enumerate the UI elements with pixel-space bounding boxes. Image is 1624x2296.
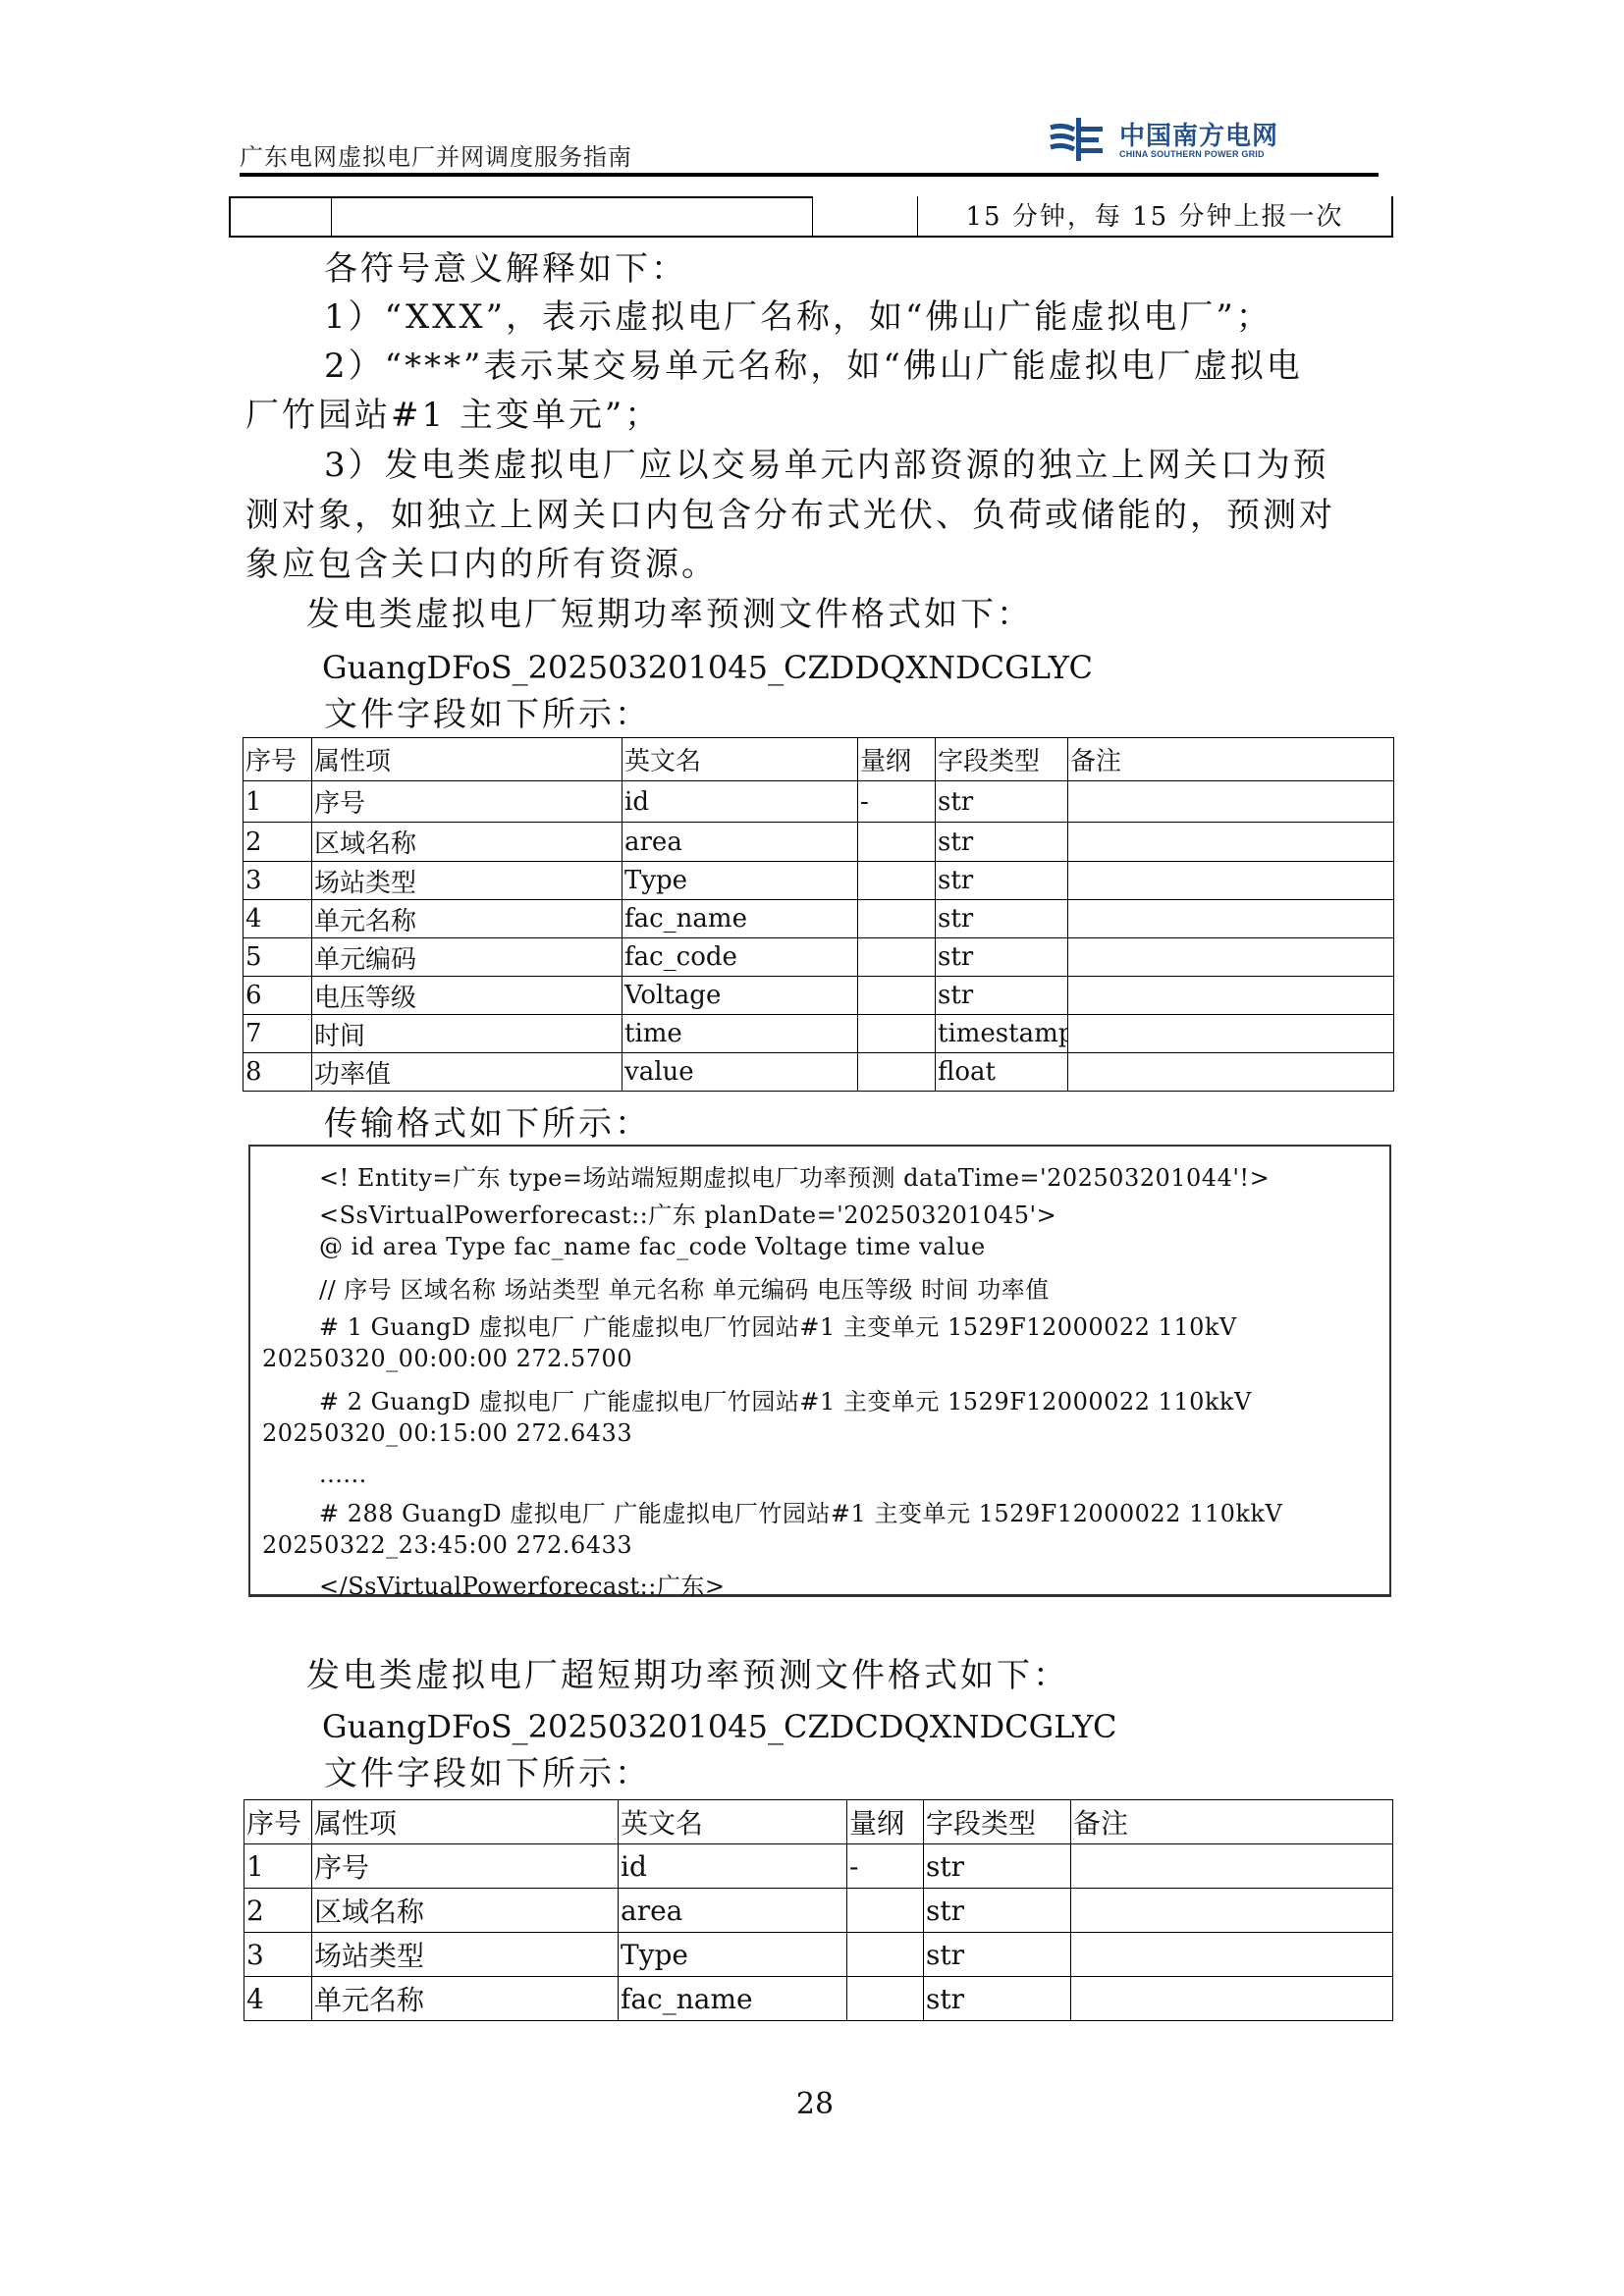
fragment-cell — [229, 196, 332, 238]
short-term-heading: 发电类虚拟电厂短期功率预测文件格式如下： — [306, 590, 1033, 639]
cell — [1071, 1933, 1393, 1977]
csg-logo-icon — [1049, 118, 1108, 161]
cell: 8 — [244, 1053, 312, 1092]
cell — [858, 900, 936, 938]
explanation-item-2-cont: 厂竹园站#1 主变单元”； — [245, 391, 661, 440]
cell: area — [619, 1889, 847, 1933]
cell — [1071, 1977, 1393, 2021]
cell: timestamp — [936, 1015, 1068, 1053]
cell: 单元名称 — [312, 1977, 619, 2021]
cell: id — [623, 781, 858, 823]
cell: 场站类型 — [312, 1933, 619, 1977]
cell — [847, 1977, 924, 2021]
ultra-short-term-heading: 发电类虚拟电厂超短期功率预测文件格式如下： — [306, 1651, 1069, 1700]
header-cell: 量纲 — [847, 1800, 924, 1844]
header-cell: 属性项 — [312, 1800, 619, 1844]
cell: str — [924, 1933, 1071, 1977]
short-term-fields-table: 序号 属性项 英文名 量纲 字段类型 备注 1序号id-str 2区域名称are… — [243, 737, 1394, 1092]
cell: 2 — [244, 1889, 312, 1933]
cell: 区域名称 — [312, 823, 623, 862]
cell: 1 — [244, 781, 312, 823]
header-cell: 序号 — [244, 738, 312, 781]
code-line: 20250322_23:45:00 272.6433 — [262, 1531, 632, 1559]
code-line: 20250320_00:15:00 272.6433 — [262, 1419, 632, 1447]
table-row: 1序号id-str — [244, 781, 1394, 823]
cell — [1068, 938, 1394, 977]
cell: float — [936, 1053, 1068, 1092]
cell: 2 — [244, 823, 312, 862]
cell: str — [924, 1889, 1071, 1933]
code-line: @ id area Type fac_name fac_code Voltage… — [319, 1233, 986, 1260]
cell: value — [623, 1053, 858, 1092]
cell: str — [936, 977, 1068, 1015]
table-header-row: 序号 属性项 英文名 量纲 字段类型 备注 — [244, 738, 1394, 781]
fragment-cell — [813, 196, 918, 238]
cell: str — [936, 862, 1068, 900]
code-line: # 288 GuangD 虚拟电厂 广能虚拟电厂竹园站#1 主变单元 1529F… — [319, 1494, 1282, 1528]
table-row: 1序号id-str — [244, 1844, 1393, 1889]
cell: str — [936, 781, 1068, 823]
cell — [1068, 977, 1394, 1015]
table-row: 2区域名称areastr — [244, 1889, 1393, 1933]
cell — [858, 1053, 936, 1092]
explanation-item-3-cont2: 象应包含关口内的所有资源。 — [245, 540, 718, 589]
cell — [1068, 823, 1394, 862]
header-cell: 英文名 — [619, 1800, 847, 1844]
code-line: // 序号 区域名称 场站类型 单元名称 单元编码 电压等级 时间 功率值 — [319, 1270, 1050, 1305]
cell: 功率值 — [312, 1053, 623, 1092]
logo-chinese-text: 中国南方电网 — [1119, 116, 1278, 152]
header-cell: 量纲 — [858, 738, 936, 781]
table-row: 4单元名称fac_namestr — [244, 1977, 1393, 2021]
cell: 6 — [244, 977, 312, 1015]
cell: time — [623, 1015, 858, 1053]
code-line: # 1 GuangD 虚拟电厂 广能虚拟电厂竹园站#1 主变单元 1529F12… — [319, 1308, 1237, 1342]
cell: Type — [619, 1933, 847, 1977]
cell: Voltage — [623, 977, 858, 1015]
cell — [1071, 1889, 1393, 1933]
logo-english-text: CHINA SOUTHERN POWER GRID — [1119, 149, 1265, 159]
table-row: 4单元名称fac_namestr — [244, 900, 1394, 938]
table-row: 5单元编码fac_codestr — [244, 938, 1394, 977]
table-row: 2区域名称areastr — [244, 823, 1394, 862]
cell — [1068, 1015, 1394, 1053]
fragment-cell — [332, 196, 813, 238]
table-row: 6电压等级Voltagestr — [244, 977, 1394, 1015]
table-header-row: 序号 属性项 英文名 量纲 字段类型 备注 — [244, 1800, 1393, 1844]
cell — [858, 823, 936, 862]
fragment-cell-report-interval: 15 分钟，每 15 分钟上报一次 — [918, 196, 1393, 238]
explanation-item-1: 1）“XXX”，表示虚拟电厂名称，如“佛山广能虚拟电厂”； — [324, 293, 1272, 342]
cell — [858, 862, 936, 900]
cell — [847, 1933, 924, 1977]
code-line: # 2 GuangD 虚拟电厂 广能虚拟电厂竹园站#1 主变单元 1529F12… — [319, 1382, 1252, 1416]
cell — [1068, 781, 1394, 823]
previous-table-fragment: 15 分钟，每 15 分钟上报一次 — [229, 196, 1393, 238]
short-term-fields-label: 文件字段如下所示： — [324, 690, 651, 739]
cell: - — [858, 781, 936, 823]
explanation-item-2: 2）“***”表示某交易单元名称，如“佛山广能虚拟电厂虚拟电 — [324, 342, 1303, 391]
cell: id — [619, 1844, 847, 1889]
cell: 7 — [244, 1015, 312, 1053]
transfer-format-code-block: <! Entity=广东 type=场站端短期虚拟电厂功率预测 dataTime… — [248, 1145, 1391, 1597]
code-line: <! Entity=广东 type=场站端短期虚拟电厂功率预测 dataTime… — [319, 1158, 1270, 1193]
cell: 序号 — [312, 781, 623, 823]
header-cell: 英文名 — [623, 738, 858, 781]
cell: Type — [623, 862, 858, 900]
table-row: 8功率值valuefloat — [244, 1053, 1394, 1092]
cell — [858, 938, 936, 977]
table-row: 7时间timetimestamp — [244, 1015, 1394, 1053]
cell — [847, 1889, 924, 1933]
code-line: 20250320_00:00:00 272.5700 — [262, 1345, 632, 1372]
cell — [1068, 900, 1394, 938]
header-cell: 字段类型 — [924, 1800, 1071, 1844]
explanation-item-3-cont: 测对象，如独立上网关口内包含分布式光伏、负荷或储能的，预测对 — [245, 491, 1335, 540]
cell: 单元编码 — [312, 938, 623, 977]
ultra-short-term-fields-label: 文件字段如下所示： — [324, 1749, 651, 1798]
cell: 区域名称 — [312, 1889, 619, 1933]
cell: 场站类型 — [312, 862, 623, 900]
code-line: <SsVirtualPowerforecast::广东 planDate='20… — [319, 1196, 1056, 1230]
code-line: ...... — [319, 1461, 367, 1488]
cell: str — [936, 900, 1068, 938]
explanation-item-3: 3）发电类虚拟电厂应以交易单元内部资源的独立上网关口为预 — [324, 441, 1329, 490]
header-cell: 备注 — [1068, 738, 1394, 781]
header-cell: 属性项 — [312, 738, 623, 781]
table-row: 3场站类型Typestr — [244, 1933, 1393, 1977]
cell — [1068, 862, 1394, 900]
cell: str — [936, 938, 1068, 977]
header-rule — [240, 173, 1379, 177]
cell: 序号 — [312, 1844, 619, 1889]
cell: 时间 — [312, 1015, 623, 1053]
cell — [1071, 1844, 1393, 1889]
table-row: 3场站类型Typestr — [244, 862, 1394, 900]
cell: 3 — [244, 1933, 312, 1977]
transfer-format-label: 传输格式如下所示： — [324, 1099, 651, 1148]
header-cell: 备注 — [1071, 1800, 1393, 1844]
page-number: 28 — [785, 2087, 844, 2121]
cell: str — [924, 1977, 1071, 2021]
cell — [1068, 1053, 1394, 1092]
cell: area — [623, 823, 858, 862]
company-logo: 中国南方电网 CHINA SOUTHERN POWER GRID — [1049, 116, 1284, 165]
cell: 1 — [244, 1844, 312, 1889]
cell: 单元名称 — [312, 900, 623, 938]
header-cell: 序号 — [244, 1800, 312, 1844]
cell: fac_name — [623, 900, 858, 938]
cell — [858, 977, 936, 1015]
code-line: </SsVirtualPowerforecast::广东> — [319, 1567, 725, 1601]
cell: 5 — [244, 938, 312, 977]
cell: 4 — [244, 1977, 312, 2021]
cell: str — [936, 823, 1068, 862]
cell: str — [924, 1844, 1071, 1889]
cell: - — [847, 1844, 924, 1889]
cell: 4 — [244, 900, 312, 938]
running-header-title: 广东电网虚拟电厂并网调度服务指南 — [240, 137, 632, 172]
cell: fac_name — [619, 1977, 847, 2021]
ultra-short-term-filename: GuangDFoS_202503201045_CZDCDQXNDCGLYC — [322, 1702, 1116, 1751]
explanation-intro: 各符号意义解释如下： — [324, 244, 687, 294]
cell: 电压等级 — [312, 977, 623, 1015]
cell — [858, 1015, 936, 1053]
cell: 3 — [244, 862, 312, 900]
ultra-short-term-fields-table: 序号 属性项 英文名 量纲 字段类型 备注 1序号id-str 2区域名称are… — [244, 1799, 1393, 2021]
short-term-filename: GuangDFoS_202503201045_CZDDQXNDCGLYC — [322, 643, 1093, 692]
header-cell: 字段类型 — [936, 738, 1068, 781]
cell: fac_code — [623, 938, 858, 977]
